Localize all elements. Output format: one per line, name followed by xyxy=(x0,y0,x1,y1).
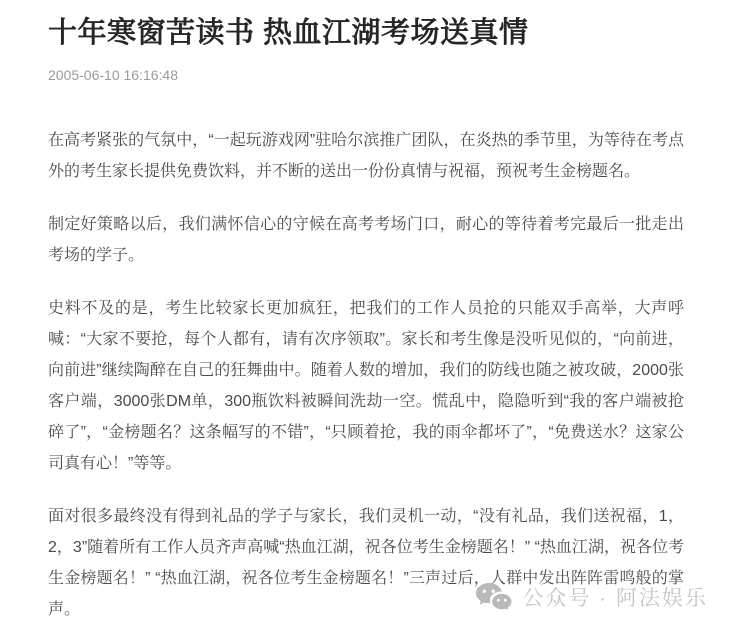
publish-date: 2005-06-10 16:16:48 xyxy=(48,65,684,85)
watermark: 公众号 · 阿法娱乐 xyxy=(475,582,708,612)
article-page: 十年寒窗苦读书 热血江湖考场送真情 2005-06-10 16:16:48 在高… xyxy=(0,0,732,624)
watermark-label: 公众号 · 阿法娱乐 xyxy=(522,582,708,612)
wechat-icon xyxy=(475,582,513,612)
article-body: 在高考紧张的气氛中，“一起玩游戏网”驻哈尔滨推广团队，在炎热的季节里，为等待在考… xyxy=(48,125,684,624)
page-title: 十年寒窗苦读书 热血江湖考场送真情 xyxy=(48,14,684,52)
article-paragraph: 制定好策略以后，我们满怀信心的守候在高考考场门口，耐心的等待着考完最后一批走出考… xyxy=(48,209,684,271)
article-paragraph: 在高考紧张的气氛中，“一起玩游戏网”驻哈尔滨推广团队，在炎热的季节里，为等待在考… xyxy=(48,125,684,187)
article-paragraph: 史料不及的是，考生比较家长更加疯狂，把我们的工作人员抢的只能双手高举，大声呼喊：… xyxy=(48,293,684,479)
